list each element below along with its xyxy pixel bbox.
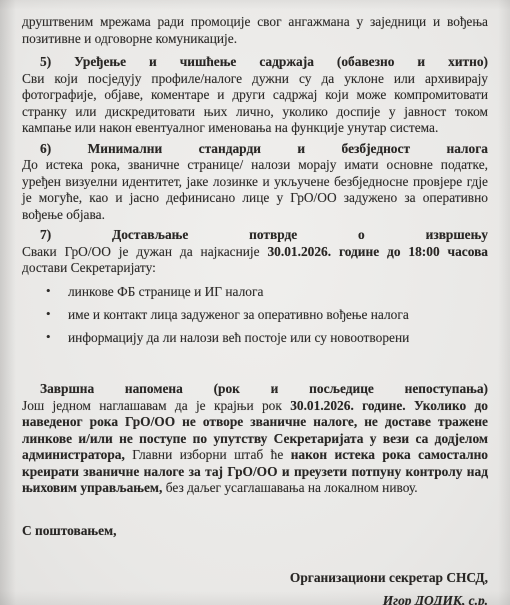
section-5-body: Сви који посједују профиле/налоге дужни … [22, 71, 488, 137]
section-7-body-text: Сваки ГрО/ОО је дужан да најкасније [22, 244, 267, 259]
section-7-body-tail: достави Секретаријату: [22, 260, 156, 275]
final-note-heading: Завршна напомена (рок и посљедице непост… [22, 381, 488, 398]
list-item: •информацију да ли налози већ постоје ил… [46, 330, 488, 347]
bullet-icon: • [46, 306, 51, 323]
list-item-text: информацију да ли налози већ постоје или… [68, 330, 409, 345]
section-6-body: До истека рока, званичне странице/ налоз… [22, 157, 488, 223]
final-note-run-2: Главни изборни штаб ће [125, 447, 291, 462]
list-item: •линкове ФБ странице и ИГ налога [46, 284, 488, 301]
section-7-body: Сваки ГрО/ОО је дужан да најкасније 30.0… [22, 244, 488, 277]
final-note-body: Још једном наглашавам да је крајњи рок 3… [22, 398, 488, 497]
bullet-icon: • [46, 329, 51, 346]
signature-title: Организациони секретар СНСД, [22, 570, 488, 587]
final-note-run-3: без даљег усаглашавања на локалном нивоу… [162, 480, 417, 495]
section-6-heading: 6) Минимални стандарди и безбједност нал… [22, 141, 488, 158]
list-item-text: линкове ФБ странице и ИГ налога [68, 284, 263, 299]
section-5-heading: 5) Уређење и чишћење садржаја (обавезно … [22, 54, 488, 71]
signature-name: Игор ДОДИК, с.р. [22, 593, 488, 605]
signature-block: Организациони секретар СНСД, Игор ДОДИК,… [22, 570, 488, 605]
document-page: друштвеним мрежама ради промоције свог а… [0, 0, 510, 605]
bullet-icon: • [46, 283, 51, 300]
closing-salutation: С поштовањем, [22, 523, 488, 540]
final-note-run-1: Још једном наглашавам да је крајњи рок [22, 398, 290, 413]
list-item-text: име и контакт лица задуженог за оператив… [68, 307, 409, 322]
list-item: •име и контакт лица задуженог за операти… [46, 307, 488, 324]
intro-paragraph: друштвеним мрежама ради промоције свог а… [22, 14, 488, 47]
deliverables-list: •линкове ФБ странице и ИГ налога •име и … [22, 284, 488, 347]
section-7-deadline: 30.01.2026. године до 18:00 часова [267, 244, 488, 259]
section-7-heading: 7) Достављање потврде о извршењу [22, 227, 488, 244]
